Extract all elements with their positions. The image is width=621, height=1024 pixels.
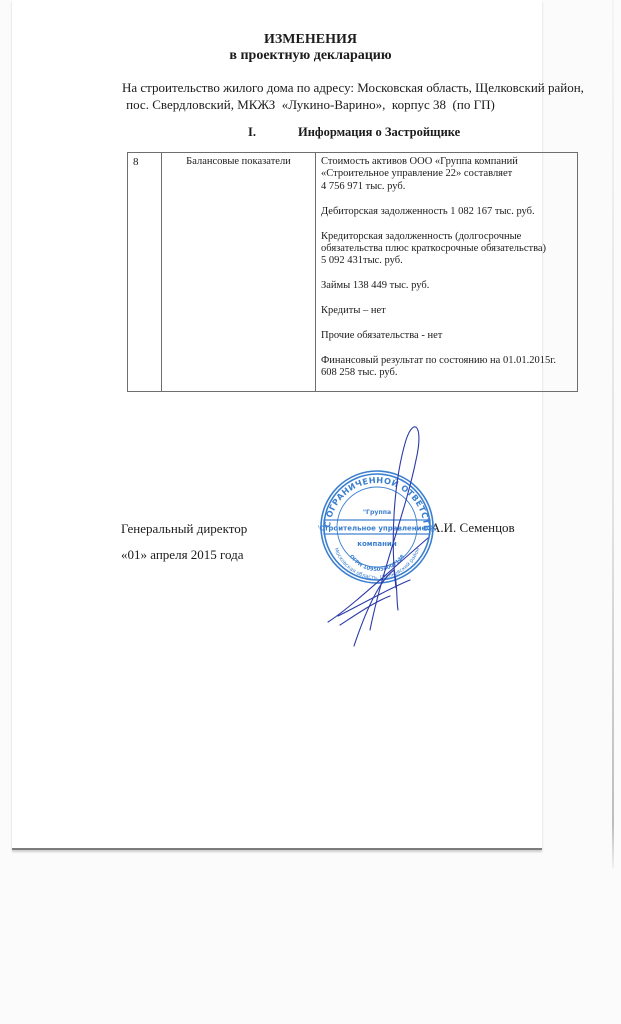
paragraph-assets: Стоимость активов ООО «Группа компаний «… bbox=[321, 156, 572, 193]
text-line: «Строительное управление 22» составляет bbox=[321, 168, 572, 180]
text-line: 608 258 тыс. руб. bbox=[321, 367, 572, 379]
document-subtitle: в проектную декларацию bbox=[0, 48, 621, 64]
signature-date: «01» апреля 2015 года bbox=[121, 547, 244, 563]
text-line: обязательства плюс краткосрочные обязате… bbox=[321, 243, 572, 255]
document-title: ИЗМЕНЕНИЯ bbox=[0, 32, 621, 48]
text-line: Стоимость активов ООО «Группа компаний bbox=[321, 156, 572, 168]
text-line: 5 092 431тыс. руб. bbox=[321, 255, 572, 267]
signature-icon bbox=[310, 420, 460, 650]
table-row: 8 Балансовые показатели Стоимость активо… bbox=[128, 153, 578, 392]
paragraph-financial-result: Финансовый результат по состоянию на 01.… bbox=[321, 355, 572, 380]
text-line: Кредиторская задолженность (долгосрочные bbox=[321, 231, 572, 243]
row-number: 8 bbox=[128, 153, 162, 392]
paragraph-credits: Кредиты – нет bbox=[321, 305, 572, 317]
paragraph-receivables: Дебиторская задолженность 1 082 167 тыс.… bbox=[321, 206, 572, 218]
text-line: Прочие обязательства - нет bbox=[321, 330, 572, 342]
address-line-1: На строительство жилого дома по адресу: … bbox=[122, 80, 584, 96]
row-label: Балансовые показатели bbox=[162, 153, 316, 392]
scan-edge bbox=[612, 0, 614, 868]
text-line: Кредиты – нет bbox=[321, 305, 572, 317]
signer-position: Генеральный директор bbox=[121, 521, 247, 537]
developer-info-table: 8 Балансовые показатели Стоимость активо… bbox=[127, 152, 578, 392]
section-title: Информация о Застройщике bbox=[298, 125, 460, 139]
paragraph-payables: Кредиторская задолженность (долгосрочные… bbox=[321, 231, 572, 268]
section-number: I. bbox=[248, 125, 298, 140]
row-value: Стоимость активов ООО «Группа компаний «… bbox=[316, 153, 578, 392]
text-line: 4 756 971 тыс. руб. bbox=[321, 181, 572, 193]
paragraph-other-liabilities: Прочие обязательства - нет bbox=[321, 330, 572, 342]
paragraph-loans: Займы 138 449 тыс. руб. bbox=[321, 280, 572, 292]
address-line-2: пос. Свердловский, МКЖЗ «Лукино-Варино»,… bbox=[0, 97, 621, 113]
text-line: Дебиторская задолженность 1 082 167 тыс.… bbox=[321, 206, 572, 218]
text-line: Займы 138 449 тыс. руб. bbox=[321, 280, 572, 292]
text-line: Финансовый результат по состоянию на 01.… bbox=[321, 355, 572, 367]
section-heading: I.Информация о Застройщике bbox=[248, 125, 460, 140]
